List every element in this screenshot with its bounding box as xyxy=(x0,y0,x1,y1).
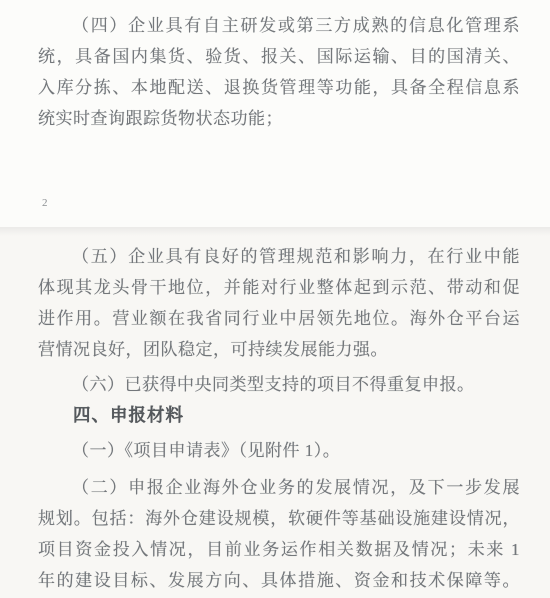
paragraph-wu-line-2: 体现其龙头骨干地位，并能对行业整体起到示范、带动和促 xyxy=(38,272,520,303)
page-number: 2 xyxy=(42,196,520,227)
paragraph-wu-line-3: 进作用。营业额在我省同行业中居领先地位。海外仓平台运 xyxy=(38,303,520,334)
item-yi-line: （一）《项目申请表》（见附件 1）。 xyxy=(38,435,520,466)
section-heading: 四、申报材料 xyxy=(38,400,520,431)
document-page-1: （四）企业具有自主研发或第三方成熟的信息化管理系 统，具备国内集货、验货、报关、… xyxy=(0,0,550,227)
scanned-document: （四）企业具有自主研发或第三方成熟的信息化管理系 统，具备国内集货、验货、报关、… xyxy=(0,0,550,598)
item-liu-line: （六）已获得中央同类型支持的项目不得重复申报。 xyxy=(38,369,520,400)
paragraph-er-line-4: 年的建设目标、发展方向、具体措施、资金和技术保障等。 xyxy=(38,565,520,596)
paragraph-er-line-2: 规划。包括：海外仓建设规模，软硬件等基础设施建设情况， xyxy=(38,503,520,534)
paragraph-wu-line-1: （五）企业具有良好的管理规范和影响力，在行业中能 xyxy=(38,241,520,272)
paragraph-wu-line-4: 营情况良好，团队稳定，可持续发展能力强。 xyxy=(38,334,520,365)
paragraph-si-line-2: 统，具备国内集货、验货、报关、国际运输、目的国清关、 xyxy=(38,41,520,72)
paragraph-si-line-3: 入库分拣、本地配送、退换货管理等功能，具备全程信息系 xyxy=(38,72,520,103)
paragraph-er-line-1: （二）申报企业海外仓业务的发展情况，及下一步发展 xyxy=(38,472,520,503)
paragraph-er-line-3: 项目资金投入情况，目前业务运作相关数据及情况；未来 1 xyxy=(38,534,520,565)
document-page-2: （五）企业具有良好的管理规范和影响力，在行业中能 体现其龙头骨干地位，并能对行业… xyxy=(0,227,550,598)
paragraph-si-line-4: 统实时查询跟踪货物状态功能； xyxy=(38,103,520,134)
paragraph-si-line-1: （四）企业具有自主研发或第三方成熟的信息化管理系 xyxy=(38,10,520,41)
